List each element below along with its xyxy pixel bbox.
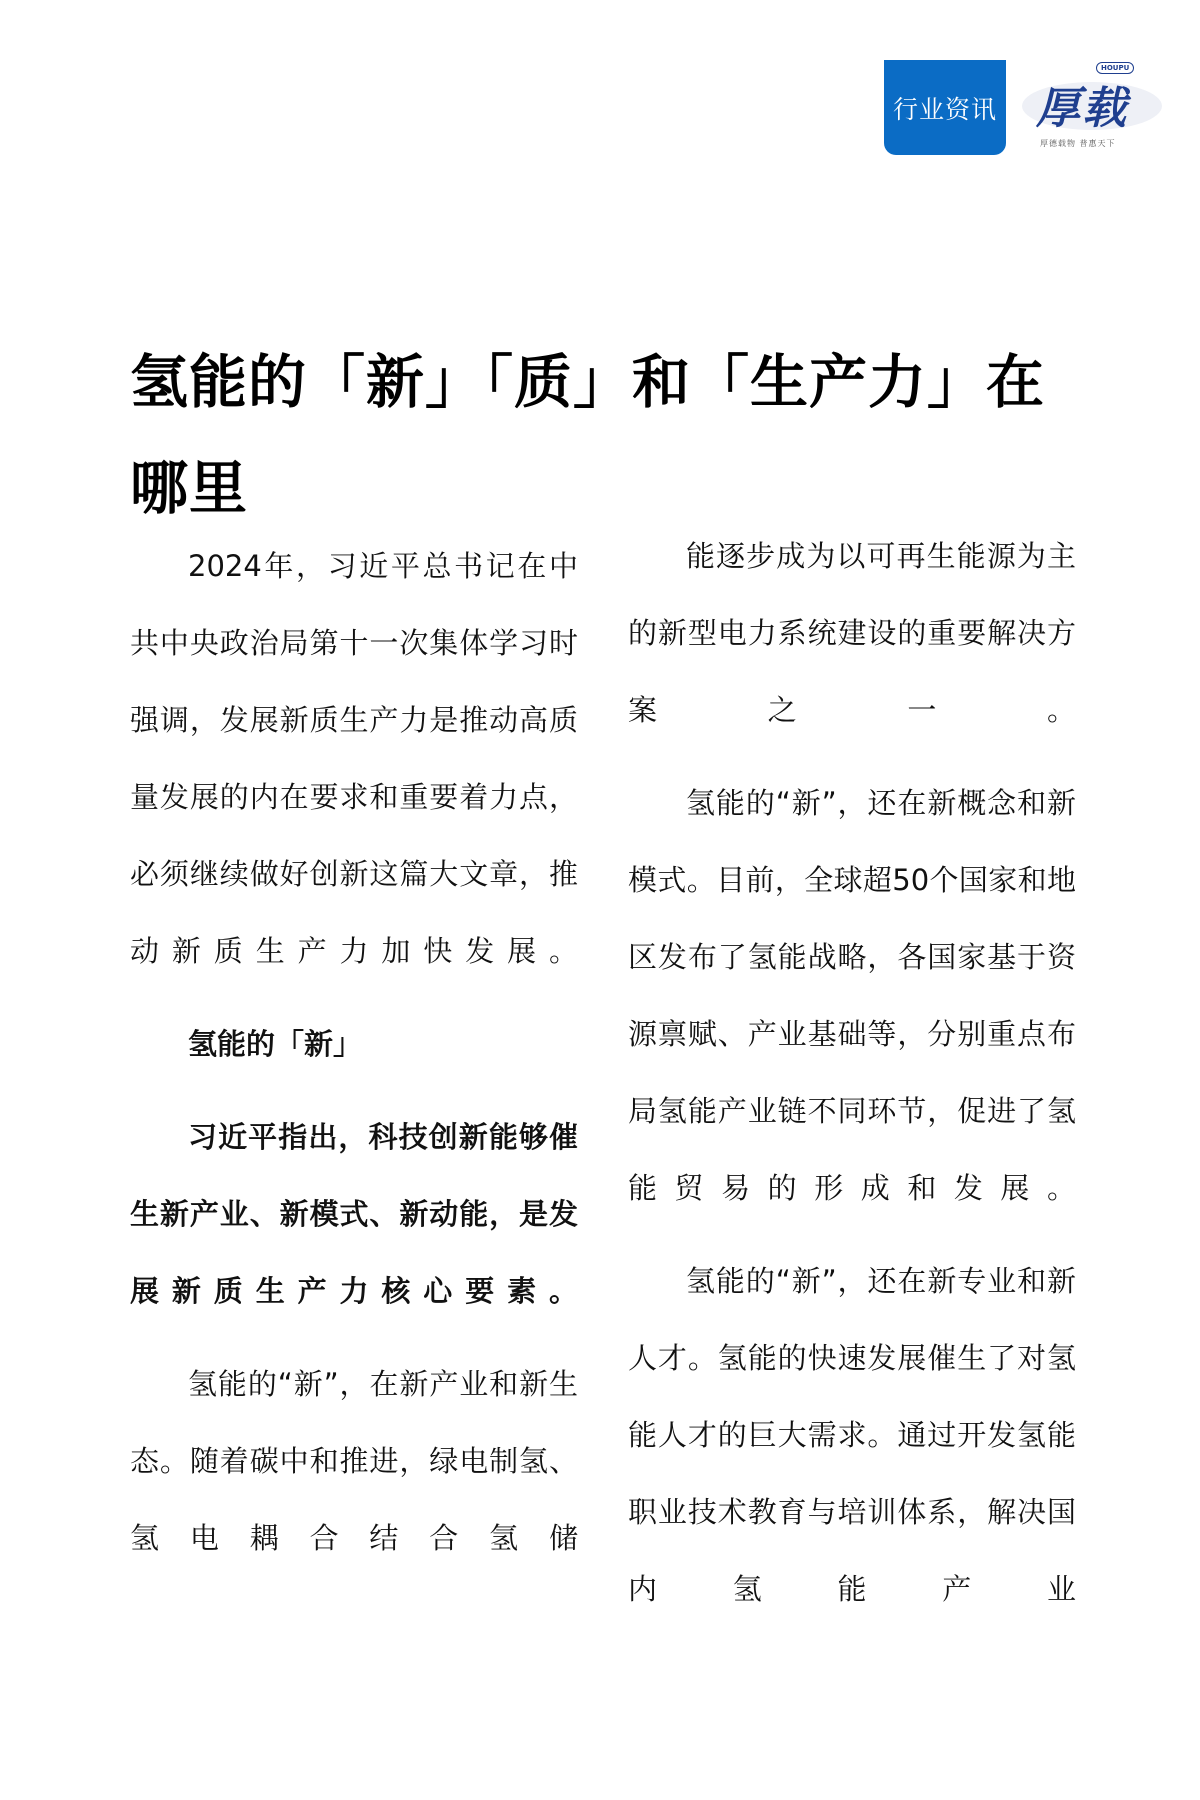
article-right-column: 能逐步成为以可再生能源为主的新型电力系统建设的重要解决方案之一。 氢能的“新”，… <box>628 518 1076 1644</box>
company-logo: HOUPU 厚载 厚德载物 普惠天下 <box>1018 58 1168 158</box>
intro-paragraph: 2024年，习近平总书记在中共中央政治局第十一次集体学习时强调，发展新质生产力是… <box>130 528 578 990</box>
body-paragraph: 能逐步成为以可再生能源为主的新型电力系统建设的重要解决方案之一。 <box>628 518 1076 749</box>
article-title: 氢能的「新」「质」和「生产力」在哪里 <box>130 329 1070 541</box>
bold-quote-paragraph: 习近平指出，科技创新能够催生新产业、新模式、新动能，是发展新质生产力核心要素。 <box>130 1099 578 1330</box>
category-badge-label: 行业资讯 <box>893 90 997 126</box>
body-paragraph: 氢能的“新”，还在新专业和新人才。氢能的快速发展催生了对氢能人才的巨大需求。通过… <box>628 1243 1076 1628</box>
logo-brand-text: 厚载 <box>1036 72 1128 136</box>
body-paragraph: 氢能的“新”，还在新概念和新模式。目前，全球超50个国家和地区发布了氢能战略，各… <box>628 765 1076 1227</box>
article-left-column: 2024年，习近平总书记在中共中央政治局第十一次集体学习时强调，发展新质生产力是… <box>130 528 578 1593</box>
body-paragraph: 氢能的“新”，在新产业和新生态。随着碳中和推进，绿电制氢、氢电耦合结合氢储 <box>130 1346 578 1577</box>
category-badge: 行业资讯 <box>884 60 1006 155</box>
section-subheading: 氢能的「新」 <box>130 1006 578 1083</box>
logo-slogan: 厚德载物 普惠天下 <box>1040 138 1116 149</box>
